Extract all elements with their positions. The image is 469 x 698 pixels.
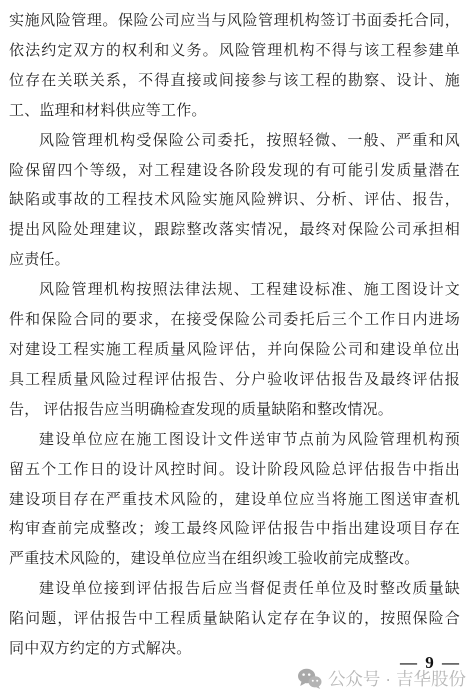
text-line: 对建设工程实施工程质量风险评估，并向保险公司和建设单位出: [9, 336, 460, 366]
text-line: 应责任。: [9, 246, 460, 276]
text-line: 依法约定双方的权利和义务。风险管理机构不得与该工程参建单: [9, 37, 460, 67]
paragraph: 建设单位接到评估报告后应当督促责任单位及时整改质量缺陷问题，评估报告中工程质量缺…: [9, 575, 460, 665]
text-line: 提出风险处理建议，跟踪整改落实情况，最终对保险公司承担相: [9, 216, 460, 246]
text-line: 告， 评估报告应当明确检查发现的质量缺陷和整改情况。: [9, 396, 460, 426]
text-line: 同中双方约定的方式解决。: [9, 635, 460, 665]
page-number: — 9 —: [400, 653, 461, 673]
paragraph: 建设单位应在施工图设计文件送审节点前为风险管理机构预留五个工作日的设计风控时间。…: [9, 426, 460, 576]
paragraph: 风险管理机构受保险公司委托，按照轻微、一般、严重和风险保留四个等级，对工程建设各…: [9, 127, 460, 277]
text-line: 留五个工作日的设计风控时间。设计阶段风险总评估报告中指出: [9, 456, 460, 486]
text-line: 工、监理和材料供应等工作。: [9, 97, 460, 127]
text-line: 严重技术风险的，建设单位应当在组织竣工验收前完成整改。: [9, 545, 460, 575]
text-line: 风险管理机构受保险公司委托，按照轻微、一般、严重和风: [9, 127, 460, 157]
text-line: 实施风险管理。保险公司应当与风险管理机构签订书面委托合同，: [9, 7, 460, 37]
text-line: 建设单位接到评估报告后应当督促责任单位及时整改质量缺: [9, 575, 460, 605]
text-line: 险保留四个等级，对工程建设各阶段发现的有可能引发质量潜在: [9, 157, 460, 187]
text-line: 缺陷或事故的工程技术风险实施风险辨识、分析、评估、报告，: [9, 186, 460, 216]
text-line: 具工程质量风险过程评估报告、分户验收评估报告及最终评估报: [9, 366, 460, 396]
text-line: 件和保险合同的要求，在接受保险公司委托后三个工作日内进场: [9, 306, 460, 336]
document-page: 实施风险管理。保险公司应当与风险管理机构签订书面委托合同，依法约定双方的权利和义…: [0, 0, 469, 698]
paragraph: 风险管理机构按照法律法规、工程建设标准、施工图设计文件和保险合同的要求，在接受保…: [9, 276, 460, 426]
paragraph: 实施风险管理。保险公司应当与风险管理机构签订书面委托合同，依法约定双方的权利和义…: [9, 7, 460, 127]
text-line: 构审查前完成整改；竣工最终风险评估报告中指出建设项目存在: [9, 515, 460, 545]
document-text: 实施风险管理。保险公司应当与风险管理机构签订书面委托合同，依法约定双方的权利和义…: [9, 7, 460, 665]
wechat-icon: [297, 668, 322, 689]
text-line: 风险管理机构按照法律法规、工程建设标准、施工图设计文: [9, 276, 460, 306]
text-line: 建设单位应在施工图设计文件送审节点前为风险管理机构预: [9, 426, 460, 456]
text-line: 位存在关联关系，不得直接或间接参与该工程的勘察、设计、施: [9, 67, 460, 97]
text-line: 陷问题，评估报告中工程质量缺陷认定存在争议的，按照保险合: [9, 605, 460, 635]
text-line: 建设项目存在严重技术风险的，建设单位应当将施工图送审查机: [9, 486, 460, 516]
